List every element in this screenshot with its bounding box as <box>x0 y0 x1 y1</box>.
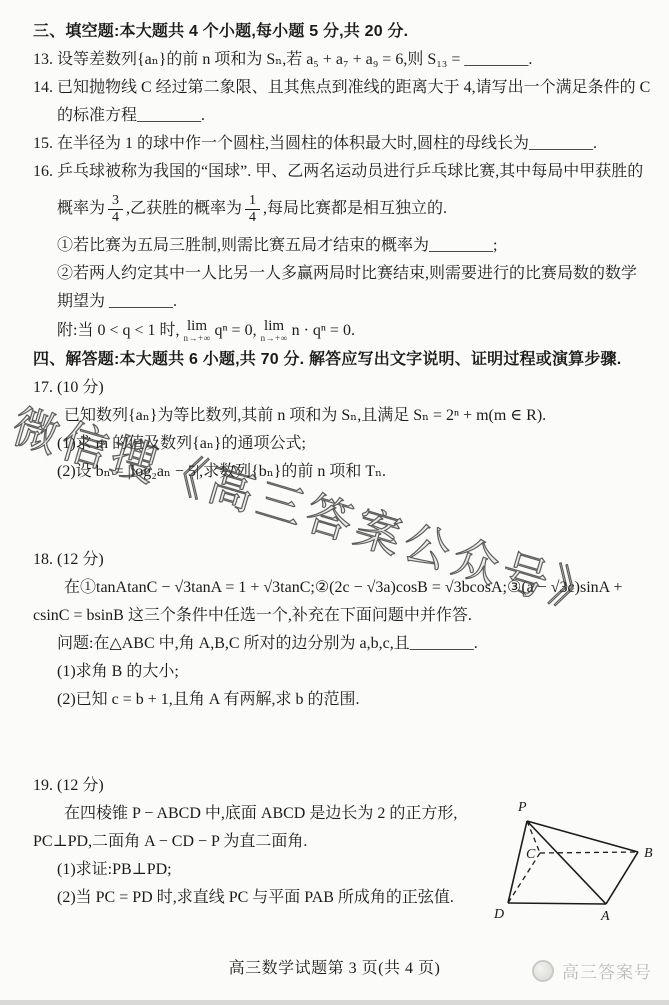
footer-logo-icon <box>532 960 554 982</box>
question-18-number: 18. (12 分) <box>0 546 669 574</box>
question-16-item2-line1: ②若两人约定其中一人比另一人多赢两局时比赛结束,则需要进行的比赛局数的数学 <box>0 260 669 288</box>
question-18-body-line2: csinC = bsinB 这三个条件中任选一个,补充在下面问题中并作答. <box>0 602 669 630</box>
vertex-label-A: A <box>600 909 610 924</box>
question-18-part1: (1)求角 B 的大小; <box>0 658 669 686</box>
section3-heading: 三、填空题:本大题共 4 个小题,每小题 5 分,共 20 分. <box>0 18 669 46</box>
q16-text-seg2: ,乙获胜的概率为 <box>126 200 242 217</box>
fraction-one-fourth: 14 <box>245 193 260 226</box>
footer-logo: 高三答案号 <box>532 958 652 983</box>
question-16-item2-line2: 期望为 ________. <box>0 288 669 316</box>
question-16-item1: ①若比赛为五局三胜制,则需比赛五局才结束的概率为________; <box>0 232 669 260</box>
question-18-body-line1: 在①tanAtanC − √3tanA = 1 + √3tanC;②(2c − … <box>0 574 669 602</box>
question-17-part1: (1)求 m 的值及数列{aₙ}的通项公式; <box>0 430 669 458</box>
limit-expression-1: limn→+∞ <box>184 319 211 343</box>
lim-subscript: n→+∞ <box>184 334 211 343</box>
question-17-body: 已知数列{aₙ}为等比数列,其前 n 项和为 Sₙ,且满足 Sₙ = 2ⁿ + … <box>0 402 669 430</box>
question-15: 15. 在半径为 1 的球中作一个圆柱,当圆柱的体积最大时,圆柱的母线长为___… <box>0 130 669 158</box>
question-13: 13. 设等差数列{aₙ}的前 n 项和为 Sₙ,若 a₅ + a₇ + a₉ … <box>0 46 669 74</box>
fraction-numerator: 3 <box>108 193 123 209</box>
lim-operator: lim <box>264 319 284 334</box>
note-text: 附:当 0 < q < 1 时, <box>57 322 180 339</box>
vertex-label-C: C <box>526 847 536 862</box>
question-16-note: 附:当 0 < q < 1 时,limn→+∞qⁿ = 0,limn→+∞n ·… <box>0 316 669 346</box>
vertex-label-B: B <box>644 846 653 861</box>
fraction-denominator: 4 <box>245 209 260 226</box>
lim-subscript: n→+∞ <box>261 334 288 343</box>
lim2-expr: n · qⁿ = 0. <box>292 322 355 339</box>
question-17-part2: (2)设 bₙ = |log₂aₙ − 5|,求数列{bₙ}的前 n 项和 Tₙ… <box>0 458 669 486</box>
question-18-problem: 问题:在△ABC 中,角 A,B,C 所对的边分别为 a,b,c,且______… <box>0 630 669 658</box>
question-17-number: 17. (10 分) <box>0 374 669 402</box>
pyramid-svg: P C B D A <box>482 795 662 927</box>
footer-logo-text: 高三答案号 <box>562 958 652 983</box>
question-16-line1: 16. 乒乓球被称为我国的“国球”. 甲、乙两名运动员进行乒乓球比赛,其中每局中… <box>0 158 669 186</box>
q16-text-seg3: ,每局比赛都是相互独立的. <box>263 200 447 217</box>
pyramid-figure: P C B D A <box>482 795 662 927</box>
section4-heading: 四、解答题:本大题共 6 小题,共 70 分. 解答应写出文字说明、证明过程或演… <box>0 346 669 374</box>
question-14-line1: 14. 已知抛物线 C 经过第二象限、且其焦点到准线的距离大于 4,请写出一个满… <box>0 74 669 102</box>
question-18-part2: (2)已知 c = b + 1,且角 A 有两解,求 b 的范围. <box>0 686 669 714</box>
limit-expression-2: limn→+∞ <box>261 319 288 343</box>
fraction-denominator: 4 <box>108 209 123 226</box>
fraction-numerator: 1 <box>245 193 260 209</box>
lim1-expr: qⁿ = 0, <box>215 322 257 339</box>
question-16-probability-line: 概率为34,乙获胜的概率为14,每局比赛都是相互独立的. <box>0 186 669 232</box>
question-14-line2: 的标准方程________. <box>0 102 669 130</box>
vertex-label-D: D <box>493 907 504 922</box>
scan-bottom-edge <box>0 1000 669 1005</box>
vertex-label-P: P <box>517 800 527 815</box>
exam-page: 三、填空题:本大题共 4 个小题,每小题 5 分,共 20 分. 13. 设等差… <box>0 0 669 1005</box>
fraction-three-fourths: 34 <box>108 193 123 226</box>
q16-text-seg1: 概率为 <box>57 200 105 217</box>
lim-operator: lim <box>187 319 207 334</box>
